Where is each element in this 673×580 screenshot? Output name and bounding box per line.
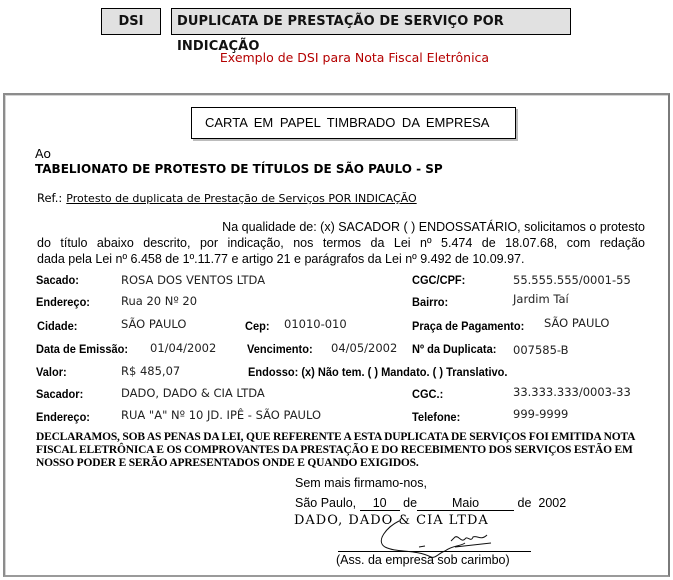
cidade-value: SÃO PAULO: [121, 317, 186, 331]
endereco-sacador-label: Endereço:: [36, 410, 90, 424]
day: 10: [360, 497, 400, 511]
cgc-value: 33.333.333/0003-33: [513, 385, 631, 399]
de-2: de: [518, 496, 532, 510]
praca-label: Praça de Pagamento:: [412, 319, 524, 333]
dsi-tag: DSI: [101, 8, 161, 35]
endereco-value: Rua 20 Nº 20: [121, 294, 197, 308]
sacador-value: DADO, DADO & CIA LTDA: [121, 386, 265, 400]
vencimento-label: Vencimento:: [247, 342, 313, 356]
document-frame: CARTA EM PAPEL TIMBRADO DA EMPRESA Ao TA…: [3, 93, 670, 577]
de-1: de: [403, 496, 417, 510]
praca-value: SÃO PAULO: [544, 316, 609, 330]
cep-label: Cep:: [245, 319, 270, 333]
ref-text: Protesto de duplicata de Prestação de Se…: [66, 192, 416, 205]
cidade-label: Cidade:: [37, 319, 77, 333]
place: São Paulo,: [295, 496, 356, 510]
endereco-label: Endereço:: [36, 295, 90, 309]
sacador-label: Sacador:: [36, 387, 83, 401]
letterhead-box: CARTA EM PAPEL TIMBRADO DA EMPRESA: [191, 107, 516, 139]
telefone-value: 999-9999: [513, 407, 568, 421]
signature-line: [338, 551, 531, 552]
endereco-sacador-value: RUA "A" Nº 10 JD. IPÊ - SÃO PAULO: [121, 408, 321, 422]
endosso-text: Endosso: (x) Não tem. ( ) Mandato. ( ) T…: [248, 365, 507, 379]
telefone-label: Telefone:: [412, 410, 460, 424]
duplicata-label: Nº da Duplicata:: [412, 342, 496, 356]
signature-caption: (Ass. da empresa sob carimbo): [336, 553, 510, 567]
reference: Ref.:Protesto de duplicata de Prestação …: [37, 191, 417, 205]
cgc-cpf-value: 55.555.555/0001-55: [513, 273, 631, 287]
valor-value: R$ 485,07: [121, 364, 180, 378]
ref-label: Ref.:: [37, 191, 62, 205]
paragraph-line-1: Na qualidade de: (x) SACADOR ( ) ENDOSSA…: [37, 219, 645, 235]
recipient: TABELIONATO DE PROTESTO DE TÍTULOS DE SÃ…: [35, 162, 443, 176]
emissao-label: Data de Emissão:: [36, 342, 128, 356]
bairro-label: Bairro:: [412, 295, 448, 309]
emissao-value: 01/04/2002: [150, 341, 216, 355]
request-paragraph: Na qualidade de: (x) SACADOR ( ) ENDOSSA…: [37, 219, 645, 267]
declaration: DECLARAMOS, SOB AS PENAS DA LEI, QUE REF…: [36, 431, 646, 470]
sacado-label: Sacado:: [36, 273, 79, 287]
bairro-value: Jardim Taí: [513, 292, 569, 306]
valor-label: Valor:: [36, 365, 67, 379]
cgc-label: CGC.:: [412, 387, 443, 401]
cep-value: 01010-010: [284, 317, 347, 331]
month: Maio: [417, 497, 514, 511]
duplicata-value: 007585-B: [513, 343, 569, 357]
subtitle: Exemplo de DSI para Nota Fiscal Eletrôni…: [0, 50, 673, 65]
salutation: Ao: [35, 146, 51, 161]
sacado-value: ROSA DOS VENTOS LTDA: [121, 273, 265, 287]
cgc-cpf-label: CGC/CPF:: [412, 273, 465, 287]
vencimento-value: 04/05/2002: [331, 341, 397, 355]
closing: Sem mais firmamo-nos,: [295, 476, 427, 490]
date-line: São Paulo, 10 deMaio de 2002: [295, 496, 566, 511]
paragraph-line-3: dada pela Lei nº 6.458 de 1º.11.77 e art…: [37, 251, 645, 267]
paragraph-line-2: do título abaixo descrito, por indicação…: [37, 235, 645, 251]
page-title: DUPLICATA DE PRESTAÇÃO DE SERVIÇO POR IN…: [171, 8, 571, 35]
year: 2002: [538, 496, 566, 510]
